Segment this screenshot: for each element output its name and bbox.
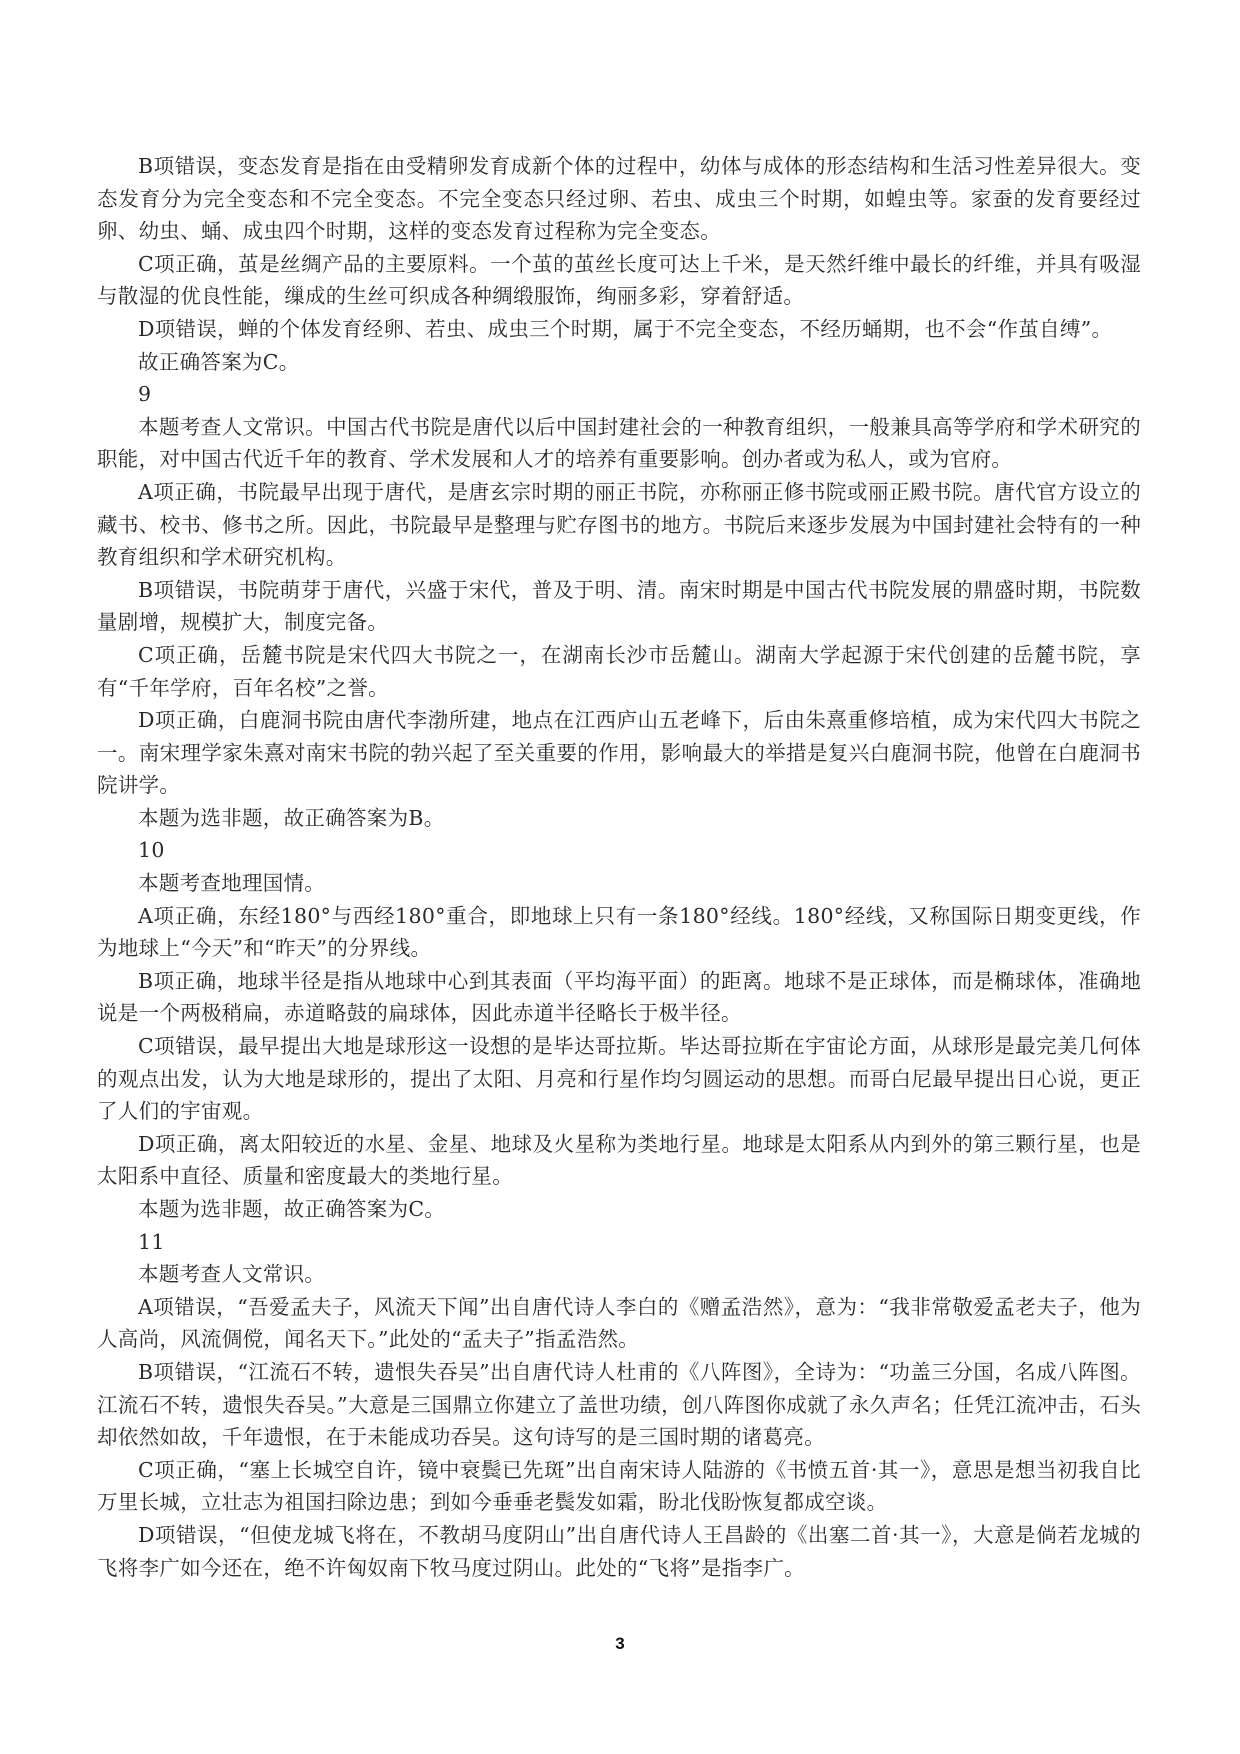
paragraph-q11-option-c: C项正确，“塞上长城空自许，镜中衰鬓已先斑”出自南宋诗人陆游的《书愤五首·其一》…: [97, 1454, 1141, 1519]
paragraph-q8-option-d: D项错误，蝉的个体发育经卵、若虫、成虫三个时期，属于不完全变态，不经历蛹期，也不…: [97, 313, 1141, 346]
paragraph-q10-option-b: B项正确，地球半径是指从地球中心到其表面（平均海平面）的距离。地球不是正球体，而…: [97, 965, 1141, 1030]
paragraph-q8-option-b: B项错误，变态发育是指在由受精卵发育成新个体的过程中，幼体与成体的形态结构和生活…: [97, 150, 1141, 248]
paragraph-q9-answer: 本题为选非题，故正确答案为B。: [97, 802, 1141, 835]
paragraph-q9-option-a: A项正确，书院最早出现于唐代，是唐玄宗时期的丽正书院，亦称丽正修书院或丽正殿书院…: [97, 476, 1141, 574]
paragraph-q10-option-c: C项错误，最早提出大地是球形这一设想的是毕达哥拉斯。毕达哥拉斯在宇宙论方面，从球…: [97, 1030, 1141, 1128]
paragraph-q11-option-d: D项错误，“但使龙城飞将在，不教胡马度阴山”出自唐代诗人王昌龄的《出塞二首·其一…: [97, 1519, 1141, 1584]
paragraph-q10-option-d: D项正确，离太阳较近的水星、金星、地球及火星称为类地行星。地球是太阳系从内到外的…: [97, 1128, 1141, 1193]
paragraph-q10-intro: 本题考查地理国情。: [97, 867, 1141, 900]
paragraph-q8-option-c: C项正确，茧是丝绸产品的主要原料。一个茧的茧丝长度可达上千米，是天然纤维中最长的…: [97, 248, 1141, 313]
paragraph-q9-option-b: B项错误，书院萌芽于唐代，兴盛于宋代，普及于明、清。南宋时期是中国古代书院发展的…: [97, 574, 1141, 639]
question-number-9: 9: [97, 378, 1141, 411]
paragraph-q9-intro: 本题考查人文常识。中国古代书院是唐代以后中国封建社会的一种教育组织，一般兼具高等…: [97, 411, 1141, 476]
paragraph-q11-intro: 本题考查人文常识。: [97, 1258, 1141, 1291]
paragraph-q10-answer: 本题为选非题，故正确答案为C。: [97, 1193, 1141, 1226]
paragraph-q11-option-b: B项错误，“江流石不转，遗恨失吞吴”出自唐代诗人杜甫的《八阵图》，全诗为：“功盖…: [97, 1356, 1141, 1454]
paragraph-q10-option-a: A项正确，东经180°与西经180°重合，即地球上只有一条180°经线。180°…: [97, 900, 1141, 965]
question-number-10: 10: [97, 834, 1141, 867]
paragraph-q9-option-d: D项正确，白鹿洞书院由唐代李渤所建，地点在江西庐山五老峰下，后由朱熹重修培植，成…: [97, 704, 1141, 802]
question-number-11: 11: [97, 1226, 1141, 1259]
page-number: 3: [0, 1634, 1240, 1654]
document-body: B项错误，变态发育是指在由受精卵发育成新个体的过程中，幼体与成体的形态结构和生活…: [97, 150, 1141, 1584]
paragraph-q11-option-a: A项错误，“吾爱孟夫子，风流天下闻”出自唐代诗人李白的《赠孟浩然》，意为：“我非…: [97, 1291, 1141, 1356]
paragraph-q9-option-c: C项正确，岳麓书院是宋代四大书院之一，在湖南长沙市岳麓山。湖南大学起源于宋代创建…: [97, 639, 1141, 704]
paragraph-q8-answer: 故正确答案为C。: [97, 346, 1141, 379]
